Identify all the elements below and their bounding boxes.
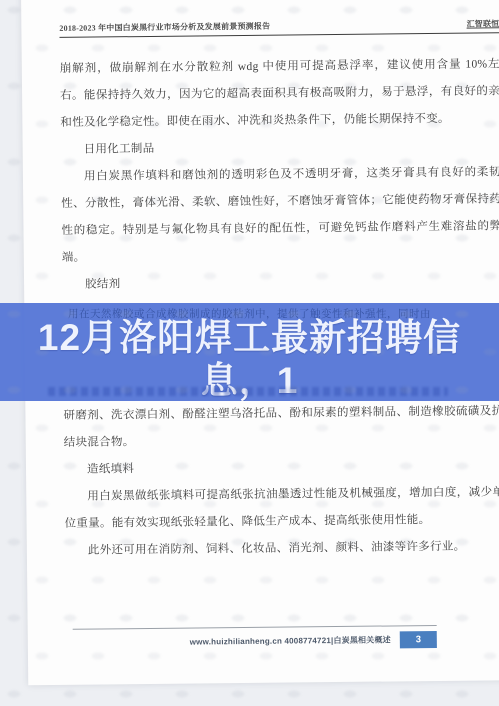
banner-ghost-text-blur [48, 387, 448, 396]
paragraph-disintegrant: 崩解剂，做崩解剂在水分散粒剂 wdg 中使用可提高悬浮率，建议使用含量 10%左… [60, 51, 499, 137]
document-footer: www.huizhilianheng.cn 4008774721|白炭黑相关概述… [73, 625, 437, 652]
publisher-name: 汇智联恒 [467, 18, 499, 29]
screenshot-root: 2018-2023 年中国白炭黑行业市场分析及发展前景预测报告 汇智联恒 崩解剂… [0, 0, 499, 706]
report-title: 2018-2023 年中国白炭黑行业市场分析及发展前景预测报告 [59, 21, 270, 34]
recruitment-title-banner: 用在天然橡胶或合成橡胶制成的胶粘剂中，提供了触变性和补强性，同时由 12月洛阳焊… [0, 303, 499, 401]
paragraph-abrasive: 研磨剂、洗衣漂白剂、酚醛注塑乌洛托品、酚和尿素的塑料制品、制造橡胶硫磺及抗结块混… [63, 398, 499, 457]
page-number-badge: 3 [400, 631, 437, 648]
paragraph-paper: 用白炭黑做纸张填料可提高纸张抗油墨透过性能及机械强度，增加白度，减少单位重量。能… [64, 479, 499, 538]
document-header: 2018-2023 年中国白炭黑行业市场分析及发展前景预测报告 汇智联恒 [59, 18, 499, 38]
paragraph-toothpaste: 用白炭黑作填料和磨蚀剂的透明彩色及不透明牙膏，这类牙膏具有良好的柔韧性、分散性，… [61, 159, 499, 272]
paragraph-other-industries: 此外还可用在消防剂、饲料、化妆品、消光剂、颜料、油漆等许多行业。 [65, 533, 499, 565]
footer-url-text: www.huizhilianheng.cn 4008774721|白炭黑相关概述 [190, 634, 391, 647]
